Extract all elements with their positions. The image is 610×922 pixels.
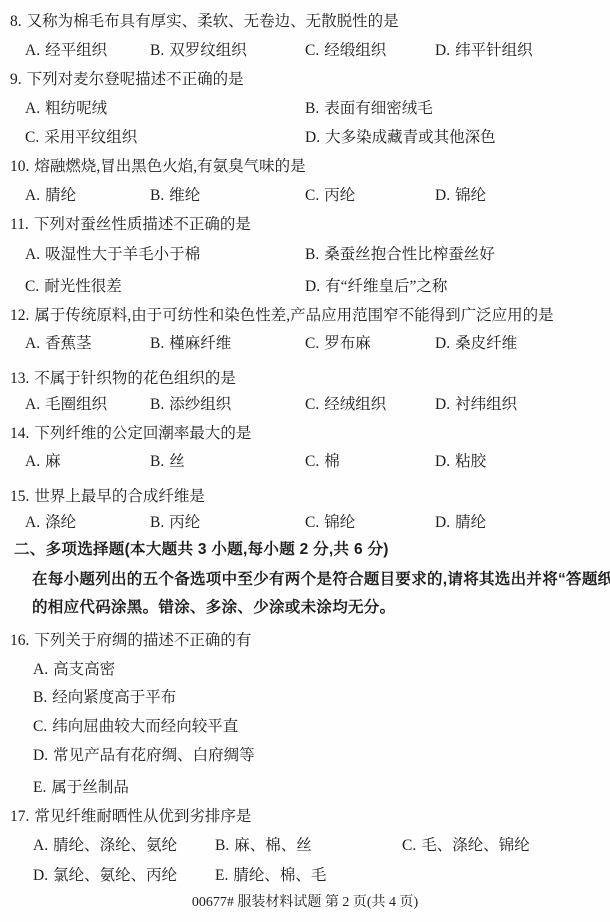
option-label: D. [435,335,450,352]
option-label: A. [33,837,48,854]
question-12-option-B: B.槿麻纤维 [150,334,231,354]
option-text: 丙纶 [324,187,355,204]
option-text: 丝 [169,453,185,470]
question-17-option-B: B.麻、棉、丝 [215,836,312,856]
option-text: 表面有细密绒毛 [324,100,433,117]
option-text: 吸湿性大于羊毛小于棉 [45,246,200,263]
option-label: C. [305,42,319,59]
question-14-option-D: D.粘胶 [435,452,486,472]
question-10-options-row-1: A.腈纶B.维纶C.丙纶D.锦纶 [0,186,610,206]
option-label: B. [33,689,47,706]
question-17-stem-text: 常见纤维耐晒性从优到劣排序是 [34,808,251,825]
question-12-stem-text: 属于传统原料,由于可纺性和染色性差,产品应用范围窄不能得到广泛应用的是 [34,307,553,324]
question-10-option-B: B.维纶 [150,186,200,206]
option-text: 腈纶 [455,514,486,531]
option-text: 麻 [45,453,61,470]
question-11-options-row-1: A.吸湿性大于羊毛小于棉B.桑蚕丝抱合性比榨蚕丝好 [0,245,610,265]
question-14-option-C: C.棉 [305,452,340,472]
question-11-options-row-2: C.耐光性很差D.有“纤维皇后”之称 [0,277,610,297]
option-text: 耐光性很差 [44,278,122,295]
option-label: B. [305,100,319,117]
question-11-option-D: D.有“纤维皇后”之称 [305,277,447,297]
option-label: D. [33,867,48,884]
option-label: C. [402,837,416,854]
section-2-instruction-line-1: 在每小题列出的五个备选项中至少有两个是符合题目要求的,请将其选出并将“答题纸” [0,570,610,590]
question-13-stem: 13.不属于针织物的花色组织的是 [0,369,610,389]
option-text: 衬纬组织 [455,396,517,413]
option-text: 毛、涤纶、锦纶 [421,837,530,854]
option-text: 大多染成藏青或其他深色 [325,129,496,146]
page-footer: 00677# 服装材料试题 第 2 页(共 4 页) [0,893,610,913]
question-13-option-C: C.经绒组织 [305,395,386,415]
option-label: B. [150,396,164,413]
question-9-options-row-1: A.粗纺呢绒B.表面有细密绒毛 [0,99,610,119]
question-13-option-B: B.添纱组织 [150,395,231,415]
question-15-option-A: A.涤纶 [25,513,76,533]
option-label: A. [25,100,40,117]
question-9-stem: 9.下列对麦尔登呢描述不正确的是 [0,70,610,90]
option-text: 罗布麻 [324,335,371,352]
option-text: 腈纶、涤纶、氨纶 [53,837,177,854]
question-12-option-D: D.桑皮纤维 [435,334,517,354]
question-15-option-D: D.腈纶 [435,513,486,533]
question-9-stem-text: 下列对麦尔登呢描述不正确的是 [27,71,244,88]
option-text: 有“纤维皇后”之称 [325,278,447,295]
question-8-stem-text: 又称为棉毛布具有厚实、柔软、无卷边、无散脱性的是 [27,13,399,30]
question-9-number: 9. [10,71,22,88]
question-16-options-row-2: B.经向紧度高于平布 [0,688,610,708]
option-text: 毛圈组织 [45,396,107,413]
question-10-option-D: D.锦纶 [435,186,486,206]
question-11-option-B: B.桑蚕丝抱合性比榨蚕丝好 [305,245,495,265]
option-text: 纬平针组织 [455,42,533,59]
option-label: D. [435,396,450,413]
option-text: 涤纶 [45,514,76,531]
question-14-option-A: A.麻 [25,452,61,472]
question-13-options-row-1: A.毛圈组织B.添纱组织C.经绒组织D.衬纬组织 [0,395,610,415]
question-16-options-row-1: A.高支高密 [0,660,610,680]
option-text: 经缎组织 [324,42,386,59]
question-9-option-B: B.表面有细密绒毛 [305,99,433,119]
question-16-option-C: C.纬向屈曲较大而经向较平直 [33,717,238,737]
question-16-options-row-5: E.属于丝制品 [0,778,610,798]
option-text: 丙纶 [169,514,200,531]
question-14-options-row-1: A.麻B.丝C.棉D.粘胶 [0,452,610,472]
question-11-number: 11. [10,216,29,233]
option-label: A. [25,246,40,263]
option-text: 氯纶、氨纶、丙纶 [53,867,177,884]
option-text: 桑皮纤维 [455,335,517,352]
option-label: D. [305,278,320,295]
question-11-stem: 11.下列对蚕丝性质描述不正确的是 [0,215,610,235]
option-label: D. [435,187,450,204]
question-16-option-A: A.高支高密 [33,660,115,680]
question-10-number: 10. [10,158,29,175]
question-15-number: 15. [10,488,29,505]
exam-page: 8.又称为棉毛布具有厚实、柔软、无卷边、无散脱性的是A.经平组织B.双罗纹组织C… [0,0,610,922]
question-11-stem-text: 下列对蚕丝性质描述不正确的是 [34,216,251,233]
option-text: 锦纶 [324,514,355,531]
option-label: A. [25,187,40,204]
question-15-option-B: B.丙纶 [150,513,200,533]
option-label: B. [150,335,164,352]
option-label: C. [305,335,319,352]
question-12-option-C: C.罗布麻 [305,334,371,354]
question-13-number: 13. [10,370,29,387]
question-15-option-C: C.锦纶 [305,513,355,533]
question-11-option-C: C.耐光性很差 [25,277,122,297]
option-text: 腈纶 [45,187,76,204]
question-16-stem-text: 下列关于府绸的描述不正确的有 [34,632,251,649]
option-text: 锦纶 [455,187,486,204]
option-text: 采用平纹组织 [44,129,137,146]
question-12-option-A: A.香蕉茎 [25,334,92,354]
option-text: 常见产品有花府绸、白府绸等 [53,747,255,764]
question-16-options-row-3: C.纬向屈曲较大而经向较平直 [0,717,610,737]
question-15-stem: 15.世界上最早的合成纤维是 [0,487,610,507]
option-label: A. [25,335,40,352]
option-text: 纬向屈曲较大而经向较平直 [52,718,238,735]
option-label: C. [305,187,319,204]
option-text: 维纶 [169,187,200,204]
question-17-option-C: C.毛、涤纶、锦纶 [402,836,530,856]
section-2-heading: 二、多项选择题(本大题共 3 小题,每小题 2 分,共 6 分) [0,540,610,560]
option-label: A. [25,42,40,59]
option-text: 槿麻纤维 [169,335,231,352]
question-14-number: 14. [10,425,29,442]
question-8-option-D: D.纬平针组织 [435,41,533,61]
option-label: D. [435,42,450,59]
option-label: D. [33,747,48,764]
question-15-options-row-1: A.涤纶B.丙纶C.锦纶D.腈纶 [0,513,610,533]
question-11-option-A: A.吸湿性大于羊毛小于棉 [25,245,200,265]
question-10-stem-text: 熔融燃烧,冒出黑色火焰,有氨臭气味的是 [34,158,305,175]
question-10-stem: 10.熔融燃烧,冒出黑色火焰,有氨臭气味的是 [0,157,610,177]
question-12-number: 12. [10,307,29,324]
question-8-options-row-1: A.经平组织B.双罗纹组织C.经缎组织D.纬平针组织 [0,41,610,61]
option-label: B. [215,837,229,854]
question-12-options-row-1: A.香蕉茎B.槿麻纤维C.罗布麻D.桑皮纤维 [0,334,610,354]
question-16-stem: 16.下列关于府绸的描述不正确的有 [0,631,610,651]
question-16-option-B: B.经向紧度高于平布 [33,688,176,708]
question-8-number: 8. [10,13,22,30]
question-14-option-B: B.丝 [150,452,185,472]
option-label: B. [150,514,164,531]
option-label: B. [150,187,164,204]
option-label: A. [25,514,40,531]
section-2-instruction-line-2: 的相应代码涂黑。错涂、多涂、少涂或未涂均无分。 [0,598,610,618]
option-label: B. [150,453,164,470]
question-16-options-row-4: D.常见产品有花府绸、白府绸等 [0,746,610,766]
option-label: E. [215,867,228,884]
option-text: 高支高密 [53,661,115,678]
question-17-options-row-2: D.氯纶、氨纶、丙纶E.腈纶、棉、毛 [0,866,610,886]
question-13-option-A: A.毛圈组织 [25,395,107,415]
option-label: B. [150,42,164,59]
question-17-option-E: E.腈纶、棉、毛 [215,866,326,886]
question-8-stem: 8.又称为棉毛布具有厚实、柔软、无卷边、无散脱性的是 [0,12,610,32]
option-label: B. [305,246,319,263]
question-17-number: 17. [10,808,29,825]
question-17-option-A: A.腈纶、涤纶、氨纶 [33,836,177,856]
question-14-stem-text: 下列纤维的公定回潮率最大的是 [34,425,251,442]
question-9-option-C: C.采用平纹组织 [25,128,137,148]
question-17-stem: 17.常见纤维耐晒性从优到劣排序是 [0,807,610,827]
question-17-options-row-1: A.腈纶、涤纶、氨纶B.麻、棉、丝C.毛、涤纶、锦纶 [0,836,610,856]
option-label: D. [305,129,320,146]
option-text: 麻、棉、丝 [234,837,312,854]
option-text: 属于丝制品 [51,779,129,796]
question-10-option-C: C.丙纶 [305,186,355,206]
option-label: A. [33,661,48,678]
option-text: 经绒组织 [324,396,386,413]
question-8-option-A: A.经平组织 [25,41,107,61]
question-9-option-A: A.粗纺呢绒 [25,99,107,119]
option-label: A. [25,396,40,413]
question-9-option-D: D.大多染成藏青或其他深色 [305,128,496,148]
question-17-option-D: D.氯纶、氨纶、丙纶 [33,866,177,886]
question-8-option-B: B.双罗纹组织 [150,41,247,61]
option-label: E. [33,779,46,796]
option-label: C. [33,718,47,735]
option-text: 粗纺呢绒 [45,100,107,117]
option-label: C. [25,278,39,295]
option-label: A. [25,453,40,470]
option-text: 腈纶、棉、毛 [233,867,326,884]
option-text: 棉 [324,453,340,470]
question-10-option-A: A.腈纶 [25,186,76,206]
question-14-stem: 14.下列纤维的公定回潮率最大的是 [0,424,610,444]
option-text: 香蕉茎 [45,335,92,352]
question-9-options-row-2: C.采用平纹组织D.大多染成藏青或其他深色 [0,128,610,148]
question-15-stem-text: 世界上最早的合成纤维是 [34,488,205,505]
option-text: 经平组织 [45,42,107,59]
option-text: 桑蚕丝抱合性比榨蚕丝好 [324,246,495,263]
option-label: D. [435,514,450,531]
option-text: 粘胶 [455,453,486,470]
option-text: 双罗纹组织 [169,42,247,59]
option-text: 添纱组织 [169,396,231,413]
question-16-option-D: D.常见产品有花府绸、白府绸等 [33,746,255,766]
option-label: C. [305,396,319,413]
question-13-stem-text: 不属于针织物的花色组织的是 [34,370,236,387]
question-13-option-D: D.衬纬组织 [435,395,517,415]
question-16-number: 16. [10,632,29,649]
question-16-option-E: E.属于丝制品 [33,778,129,798]
option-label: C. [305,453,319,470]
option-label: C. [305,514,319,531]
question-8-option-C: C.经缎组织 [305,41,386,61]
question-12-stem: 12.属于传统原料,由于可纺性和染色性差,产品应用范围窄不能得到广泛应用的是 [0,306,610,326]
option-text: 经向紧度高于平布 [52,689,176,706]
option-label: C. [25,129,39,146]
option-label: D. [435,453,450,470]
